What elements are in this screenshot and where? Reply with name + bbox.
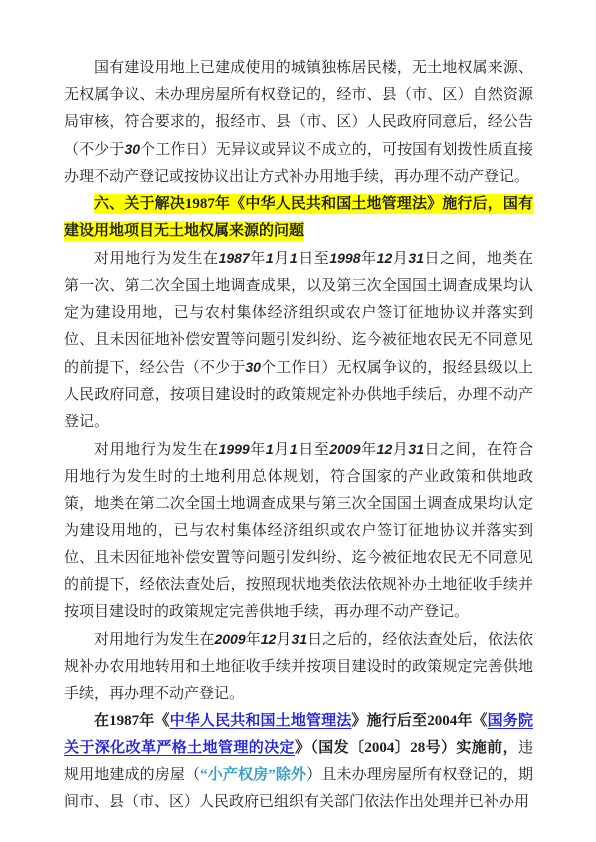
text-run: 12 (377, 250, 393, 266)
text-run: 年 (361, 251, 377, 267)
text-run: 年 (246, 632, 261, 648)
text-run: 年 (250, 251, 266, 267)
text-run: 年 (250, 442, 266, 458)
text-run: 月 (274, 442, 290, 458)
text-run: 1 (266, 441, 274, 457)
text-run: 2009 (329, 441, 360, 457)
paragraph: 国有建设用地上已建成使用的城镇独栋居民楼，无土地权属来源、无权属争议、未办理房屋… (64, 55, 533, 191)
text-run: 月 (276, 632, 291, 648)
paragraph: 对用地行为发生在2009年12月31日之后的，经依法查处后，依法依规补办农用地转… (64, 626, 533, 708)
text-run: 月 (392, 442, 408, 458)
text-run: 1 (266, 250, 274, 266)
text-run: 日至 (298, 442, 330, 458)
text-run: 月 (274, 251, 290, 267)
text-run: 31 (408, 250, 424, 266)
paragraph: 对用地行为发生在1987年1月1日至1998年12月31日之间，地类在第一次、第… (64, 245, 533, 436)
document-page: 国有建设用地上已建成使用的城镇独栋居民楼，无土地权属来源、无权属争议、未办理房屋… (0, 0, 596, 842)
text-run: 1987 (219, 250, 250, 266)
text-run: 30 (245, 359, 261, 375)
text-run: 31 (408, 441, 424, 457)
paragraph: 在1987年《中华人民共和国土地管理法》施行后至2004年《国务院关于深化改革严… (64, 708, 533, 816)
text-run: 1999 (219, 441, 250, 457)
text-run: 日至 (298, 251, 330, 267)
text-run: 1 (290, 250, 298, 266)
text-run: 》施行后至2004年《 (351, 713, 487, 729)
text-run: 年 (361, 442, 377, 458)
text-run: 日之间，地类在第一次、第二次全国土地调查成果，以及第三次全国国土调查成果均认定为… (64, 251, 533, 376)
text-run: 2009 (214, 631, 245, 647)
text-run: 对用地行为发生在 (94, 251, 219, 267)
text-run: 对用地行为发生在 (94, 632, 214, 648)
section-heading: 六、关于解决1987年《中华人民共和国土地管理法》施行后，国有建设用地项目无土地… (64, 191, 533, 245)
paragraph: 对用地行为发生在1999年1月1日至2009年12月31日之间，在符合用地行为发… (64, 436, 533, 626)
text-run: 1 (290, 441, 298, 457)
text-run: 在1987年《 (94, 713, 170, 729)
text-run: “小产权房”除外 (200, 767, 306, 783)
text-run: 12 (261, 631, 277, 647)
text-run: 日之间，在符合用地行为发生时的土地利用总体规划，符合国家的产业政策和供地政策，地… (64, 442, 533, 620)
text-run: 对用地行为发生在 (94, 442, 219, 458)
text-run: 月 (392, 251, 408, 267)
text-run: 12 (377, 441, 393, 457)
text-run: 1998 (329, 250, 360, 266)
highlighted-text-run: 六、关于解决1987年《中华人民共和国土地管理法》施行后，国有建设用地项目无土地… (64, 194, 533, 241)
text-run: 31 (291, 631, 307, 647)
text-run: 30 (124, 141, 140, 157)
hyperlink[interactable]: 中华人民共和国土地管理法 (170, 713, 352, 729)
text-run: 》（国发〔2004〕28号）实施前， (295, 740, 518, 756)
document-body: 国有建设用地上已建成使用的城镇独栋居民楼，无土地权属来源、无权属争议、未办理房屋… (64, 55, 533, 816)
